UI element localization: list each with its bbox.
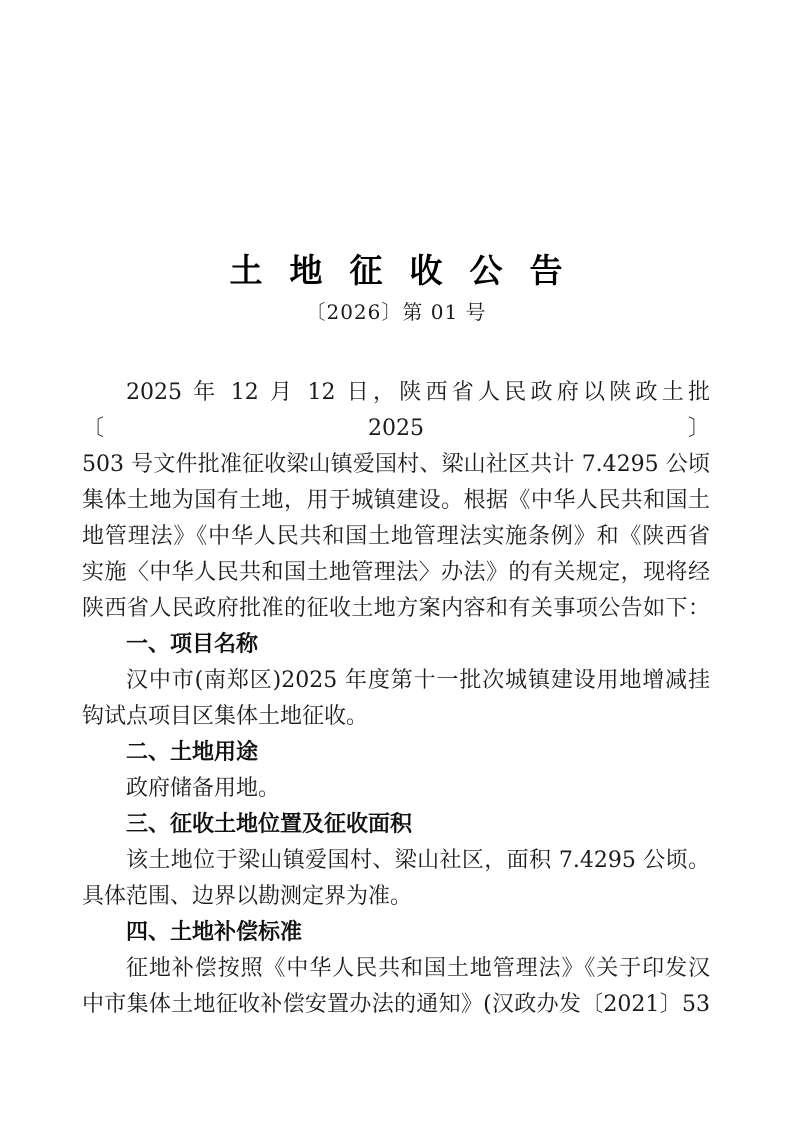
doc-line: 具体范围、边界以勘测定界为准。 (82, 879, 710, 915)
doc-line: 中市集体土地征收补偿安置办法的通知》(汉政办发〔2021〕53 (82, 987, 710, 1023)
doc-line: 汉中市(南郑区)2025 年度第十一批次城镇建设用地增减挂 (82, 663, 710, 699)
doc-line: 集体土地为国有土地，用于城镇建设。根据《中华人民共和国土 (82, 483, 710, 519)
document-title: 土地征收公告 (0, 0, 792, 289)
doc-line: 钩试点项目区集体土地征收。 (82, 699, 710, 735)
doc-line: 该土地位于梁山镇爱国村、梁山社区，面积 7.4295 公顷。 (82, 843, 710, 879)
doc-line: 2025 年 12 月 12 日，陕西省人民政府以陕政土批〔2025〕 (82, 375, 710, 447)
section-heading-project-name: 一、项目名称 (82, 627, 710, 663)
document-page: 土地征收公告 〔2026〕第 01 号 2025 年 12 月 12 日，陕西省… (0, 0, 792, 1121)
section-heading-compensation: 四、土地补偿标准 (82, 915, 710, 951)
document-number: 〔2026〕第 01 号 (0, 299, 792, 325)
section-heading-land-use: 二、土地用途 (82, 735, 710, 771)
doc-line: 政府储备用地。 (82, 771, 710, 807)
section-heading-location-area: 三、征收土地位置及征收面积 (82, 807, 710, 843)
doc-line: 征地补偿按照《中华人民共和国土地管理法》《关于印发汉 (82, 951, 710, 987)
doc-line: 陕西省人民政府批准的征收土地方案内容和有关事项公告如下： (82, 591, 710, 627)
doc-line: 实施〈中华人民共和国土地管理法〉办法》的有关规定，现将经 (82, 555, 710, 591)
doc-line: 503 号文件批准征收梁山镇爱国村、梁山社区共计 7.4295 公顷 (82, 447, 710, 483)
document-body: 2025 年 12 月 12 日，陕西省人民政府以陕政土批〔2025〕 503 … (82, 375, 710, 1023)
doc-line: 地管理法》《中华人民共和国土地管理法实施条例》和《陕西省 (82, 519, 710, 555)
